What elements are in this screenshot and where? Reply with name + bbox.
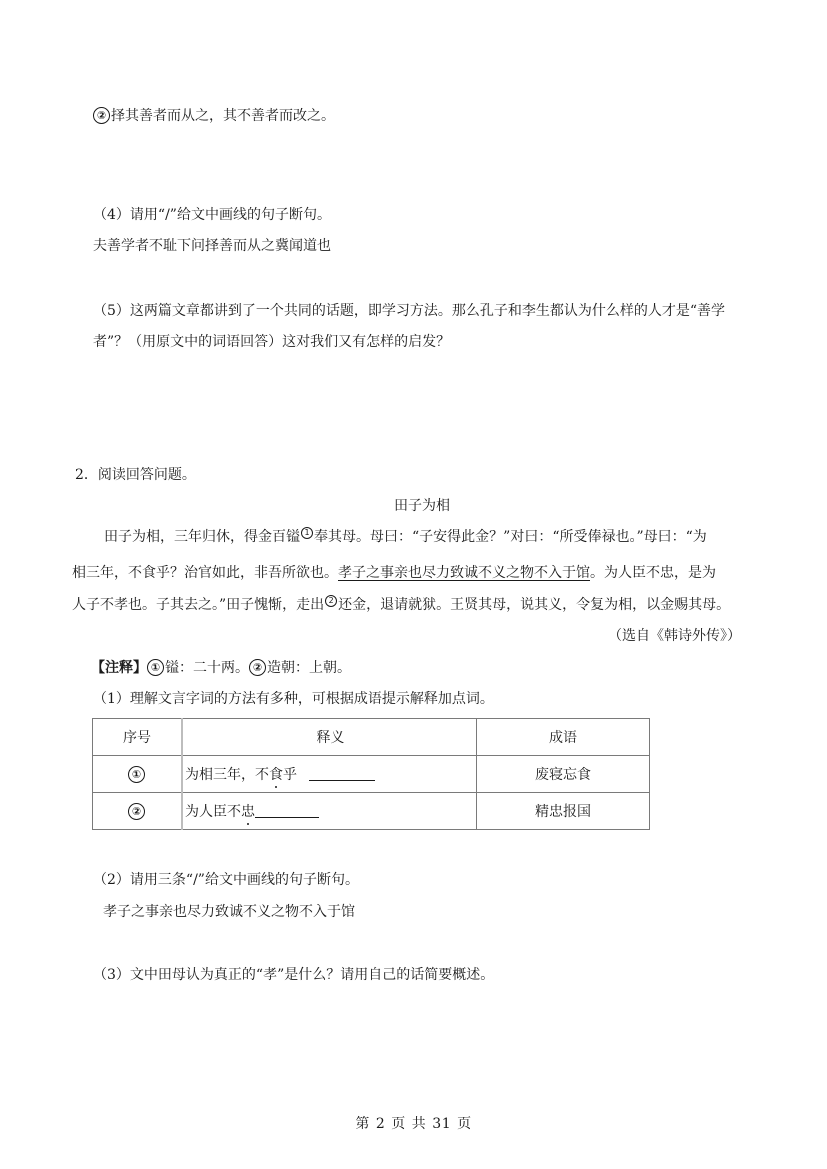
question-4-prompt: （4）请用“/”给文中画线的句子断句。 (93, 205, 331, 225)
sub-question-3-prompt: （3）文中田母认为真正的“孝”是什么？请用自己的话简要概述。 (93, 965, 494, 985)
footnote-1-icon: 1 (301, 527, 313, 539)
question-5-prompt-line2: 者”？（用原文中的词语回答）这对我们又有怎样的启发？ (93, 332, 450, 352)
idiom-cell: 废寝忘食 (477, 756, 650, 793)
answer-option-2: ②择其善者而从之，其不善者而改之。 (93, 106, 335, 126)
answer-blank[interactable] (309, 766, 375, 781)
annotations-label: 【注释】 (91, 660, 147, 676)
meaning-cell: 为人臣不忠 (182, 793, 477, 830)
circled-number-2-icon: ② (93, 107, 110, 124)
sub-question-2-prompt: （2）请用三条“/”给文中画线的句子断句。 (93, 870, 359, 890)
header-number: 序号 (93, 719, 183, 756)
passage-source: （选自《韩诗外传》） (608, 626, 741, 646)
question-5-prompt-line1: （5）这两篇文章都讲到了一个共同的话题，即学习方法。那么孔子和李生都认为什么样的… (93, 301, 725, 321)
footnote-2-icon: 2 (325, 595, 337, 607)
meaning-cell: 为相三年，不食乎 (182, 756, 477, 793)
circled-number-2-icon: ② (249, 659, 266, 676)
circled-number-1-icon: ① (128, 766, 145, 783)
passage-line-2: 相三年，不食乎？治官如此，非吾所欲也。孝子之事亲也尽力致诚不义之物不入于馆。为人… (72, 563, 716, 583)
table-row: ② 为人臣不忠 精忠报国 (93, 793, 650, 830)
vocabulary-table: 序号 释义 成语 ① 为相三年，不食乎 废寝忘食 ② 为人臣不忠 精忠报国 (92, 718, 650, 830)
circled-number-1-icon: ① (147, 659, 164, 676)
question-4-sentence: 夫善学者不耻下问择善而从之冀闻道也 (93, 236, 331, 256)
idiom-cell: 精忠报国 (477, 793, 650, 830)
header-meaning: 释义 (182, 719, 477, 756)
passage-line-3: 人子不孝也。子其去之。”田子愧惭，走出2还金，退请就狱。王贤其母，说其义，令复为… (72, 595, 730, 615)
total-pages: 31 (432, 1116, 451, 1132)
passage-title: 田子为相 (394, 496, 450, 516)
circled-number-2-icon: ② (128, 803, 145, 820)
dotted-character: 忠 (241, 801, 255, 821)
sub-question-1-prompt: （1）理解文言字词的方法有多种，可根据成语提示解释加点词。 (93, 689, 494, 709)
annotations: 【注释】①镒：二十两。②造朝：上朝。 (91, 658, 351, 678)
page-footer: 第2页共31页 (0, 1113, 827, 1133)
passage-line-1: 田子为相，三年归休，得金百镒1奉其母。母曰：“子安得此金？”对曰：“所受俸禄也。… (104, 527, 707, 547)
underlined-sentence: 孝子之事亲也尽力致诚不义之物不入于馆 (338, 565, 590, 581)
option-2-text: 择其善者而从之，其不善者而改之。 (111, 108, 335, 124)
dotted-character: 食 (269, 764, 283, 784)
answer-blank[interactable] (255, 803, 319, 818)
sub-question-2-sentence: 孝子之事亲也尽力致诚不义之物不入于馆 (103, 902, 355, 922)
table-header-row: 序号 释义 成语 (93, 719, 650, 756)
row-number-cell: ② (93, 793, 183, 830)
question-2-heading: 2．阅读回答问题。 (75, 465, 196, 485)
header-idiom: 成语 (477, 719, 650, 756)
row-number-cell: ① (93, 756, 183, 793)
current-page: 2 (376, 1116, 385, 1132)
table-row: ① 为相三年，不食乎 废寝忘食 (93, 756, 650, 793)
